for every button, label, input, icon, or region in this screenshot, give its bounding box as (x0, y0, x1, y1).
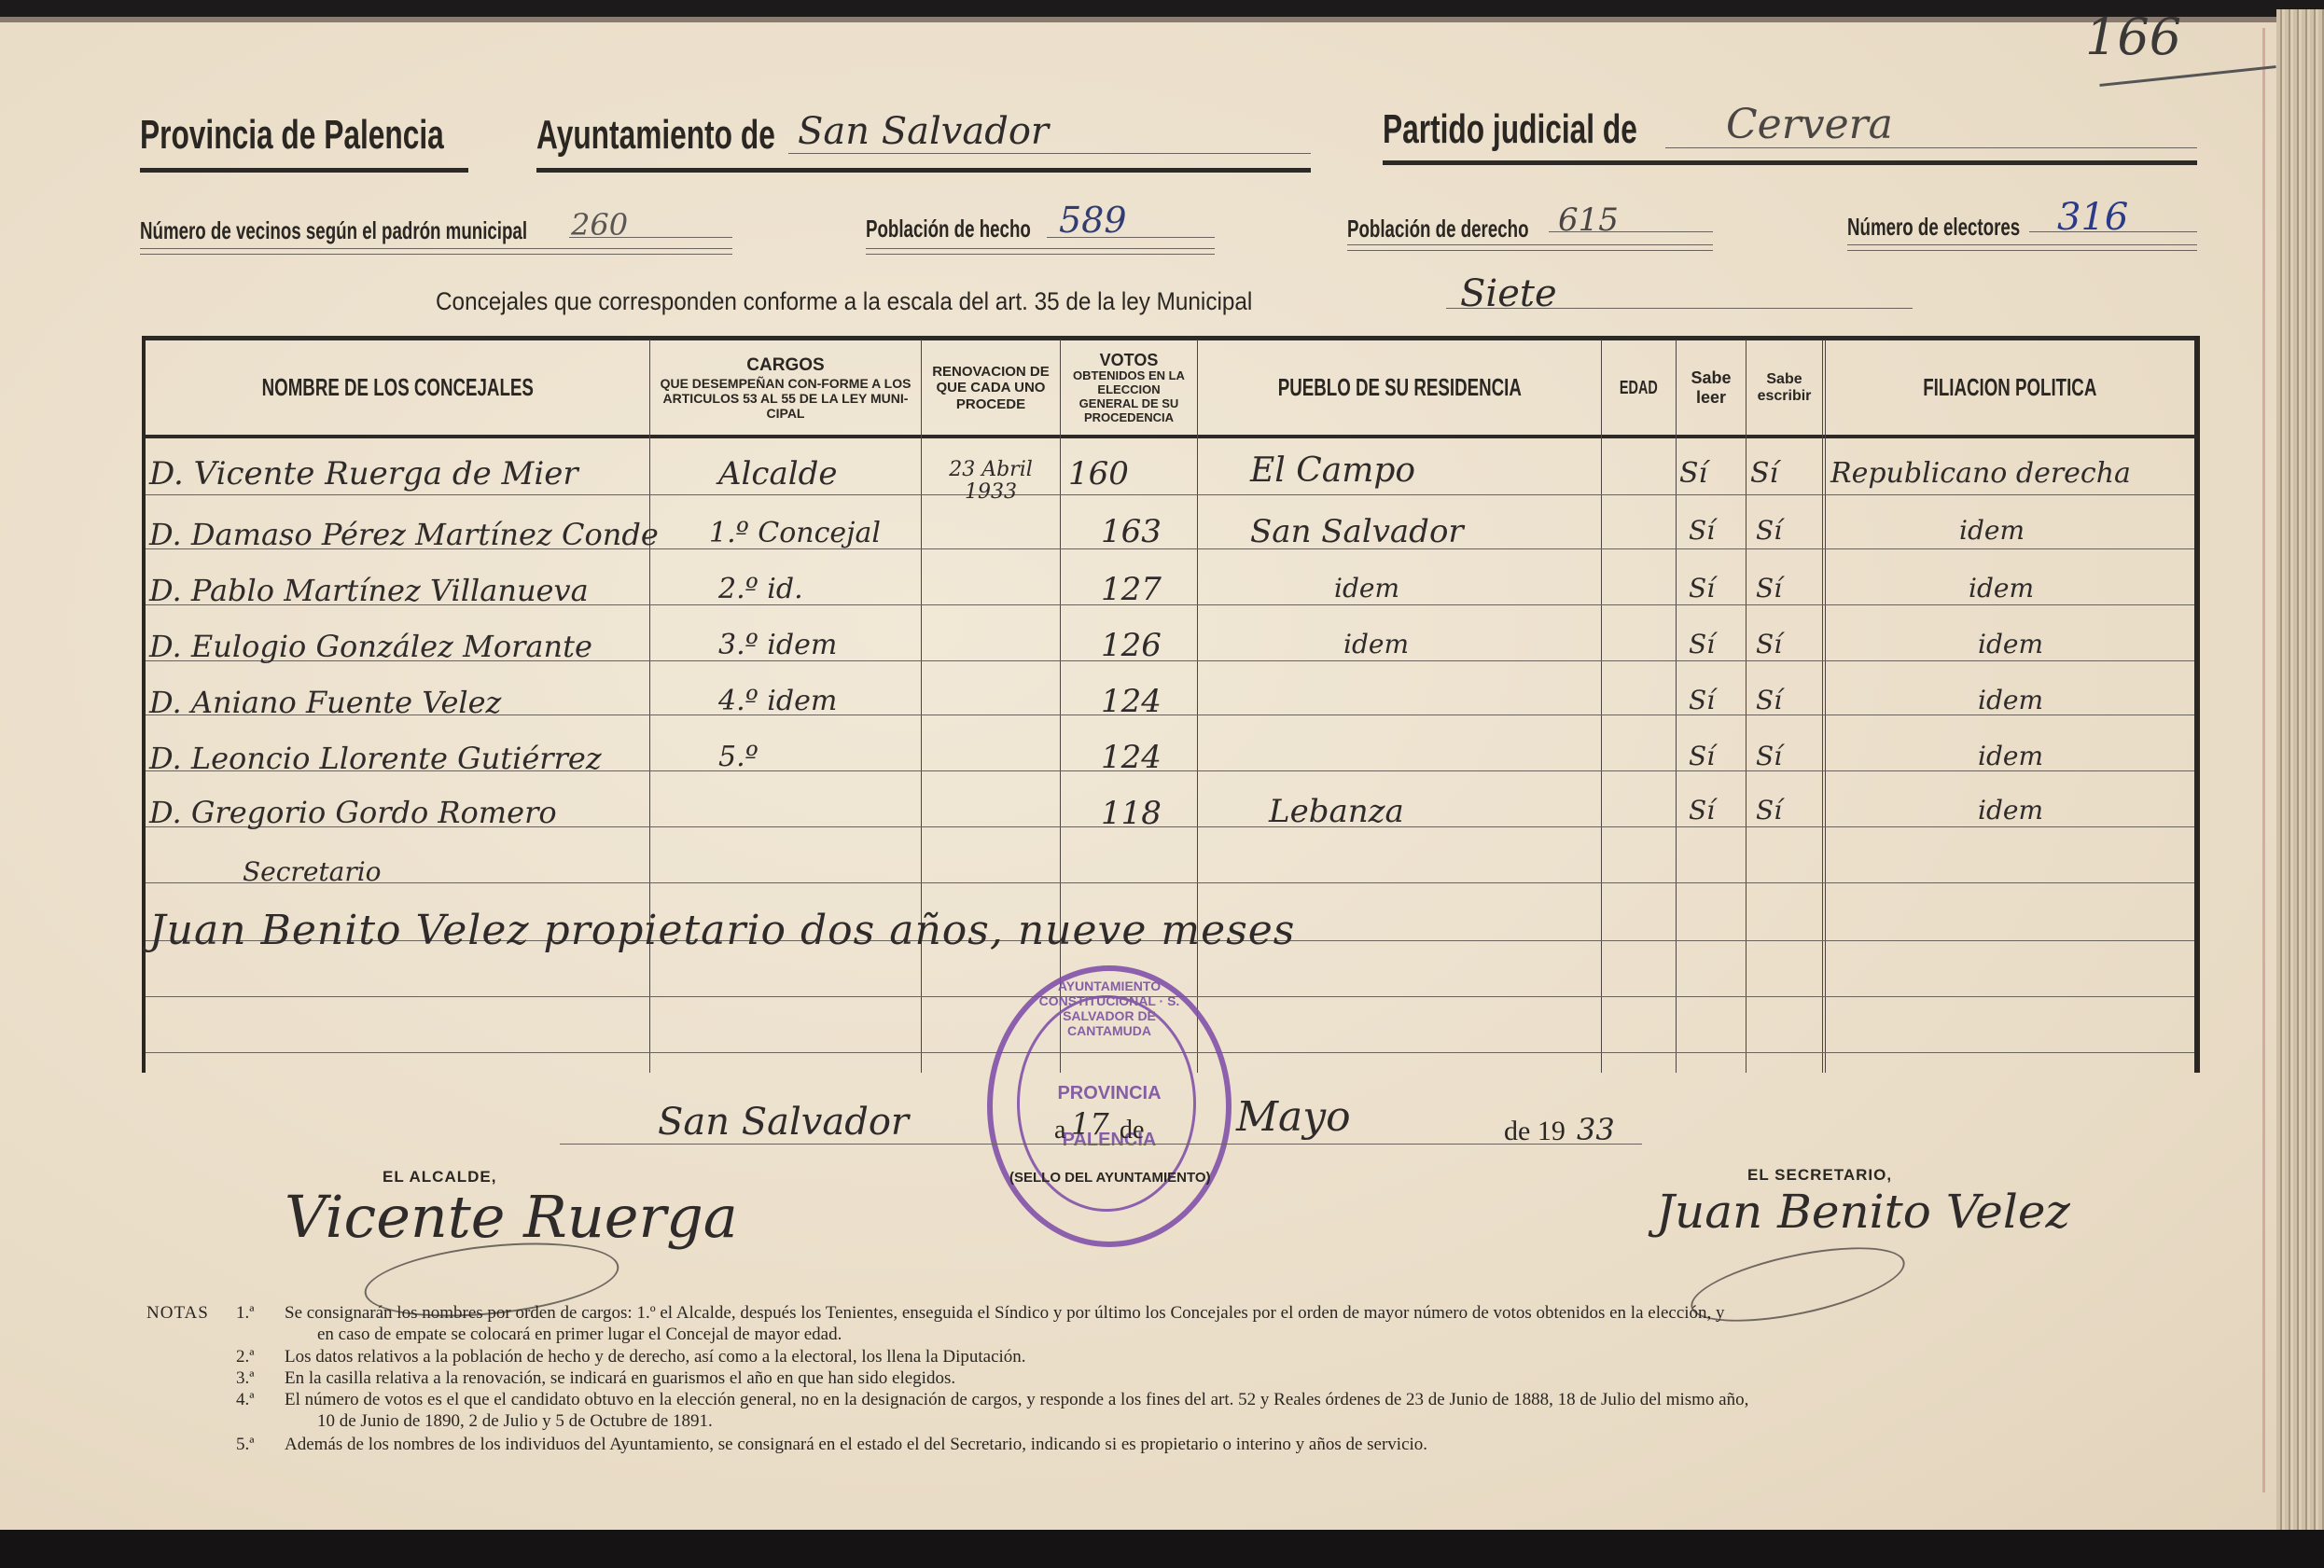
row-6-escribir: Sí (1756, 795, 1782, 826)
hecho-label: Población de hecho (866, 215, 1031, 243)
hecho-fill-line (1047, 237, 1215, 238)
row-1-votos: 163 (1101, 513, 1162, 550)
row-line (146, 494, 2194, 495)
partido-label: Partido judicial de (1383, 106, 1637, 153)
col-line-pueblo (1197, 340, 1198, 1073)
vecinos-rule-2 (140, 254, 732, 255)
row-1-pueblo: San Salvador (1250, 513, 1464, 550)
concejales-value: Siete (1460, 272, 1557, 315)
row-6-pueblo: Lebanza (1269, 793, 1404, 830)
col-line-edad (1601, 340, 1602, 1073)
header-pueblo-text: PUEBLO DE SU RESIDENCIA (1277, 374, 1521, 402)
row-6-leer: Sí (1689, 795, 1715, 826)
date-month: Mayo (1236, 1093, 1351, 1141)
vecinos-label: Número de vecinos según el padrón munici… (140, 216, 527, 245)
row-2-nombre: D. Pablo Martínez Villanueva (149, 573, 589, 608)
row-1-leer: Sí (1689, 515, 1715, 546)
secretario-signature: Juan Benito Velez (1656, 1185, 2070, 1239)
col-line-votos (1060, 340, 1061, 1073)
row-0-escribir: Sí (1750, 457, 1778, 490)
date-day: 17 (1071, 1106, 1109, 1142)
table-top-border (142, 336, 2198, 340)
table-header-bottom-border (142, 435, 2198, 438)
ayuntamiento-label: Ayuntamiento de (536, 112, 775, 159)
header-cargos: CARGOS QUE DESEMPEÑAN CON-FORME A LOS AR… (650, 341, 921, 435)
row-1-cargo: 1.º Concejal (709, 517, 881, 549)
row-5-escribir: Sí (1756, 741, 1782, 771)
row-3-votos: 126 (1101, 627, 1162, 664)
row-2-cargo: 2.º id. (718, 573, 803, 605)
concejales-fill-line (1446, 308, 1913, 309)
seal-center-top: PROVINCIA (1049, 1083, 1170, 1104)
note-3-text: En la casilla relativa a la renovación, … (285, 1368, 955, 1389)
row-1-nombre: D. Damaso Pérez Martínez Conde (149, 517, 659, 552)
row-2-filiacion: idem (1969, 573, 2034, 604)
ayuntamiento-fill-line (788, 153, 1311, 154)
header-leer: Sabe leer (1677, 341, 1746, 435)
row-0-votos: 160 (1068, 455, 1129, 493)
row-2-pueblo: idem (1334, 573, 1399, 604)
row-5-nombre: D. Leoncio Llorente Gutiérrez (149, 741, 602, 776)
row-3-escribir: Sí (1756, 629, 1782, 659)
row-2-escribir: Sí (1756, 573, 1782, 604)
note-2-text: Los datos relativos a la población de he… (285, 1347, 1026, 1367)
row-4-leer: Sí (1689, 685, 1715, 715)
row-6-nombre: D. Gregorio Gordo Romero (149, 795, 557, 830)
header-cargos-title: CARGOS (746, 355, 824, 376)
secretario-row-line: Juan Benito Velez propietario dos años, … (149, 907, 1295, 954)
header-votos: VOTOS OBTENIDOS EN LA ELECCION GENERAL D… (1061, 341, 1197, 435)
row-5-filiacion: idem (1978, 741, 2043, 771)
row-5-votos: 124 (1101, 739, 1162, 776)
note-4-cont: 10 de Junio de 1890, 2 de Julio y 5 de O… (317, 1411, 713, 1432)
secretario-row-label: Secretario (243, 856, 382, 887)
row-2-votos: 127 (1101, 571, 1162, 608)
derecho-rule-1 (1347, 244, 1713, 245)
note-1-cont: en caso de empate se colocará en primer … (317, 1325, 842, 1345)
row-4-filiacion: idem (1978, 685, 2043, 715)
electores-rule-2 (1847, 250, 2197, 251)
header-votos-sub: OBTENIDOS EN LA ELECCION GENERAL DE SU P… (1061, 369, 1197, 425)
page-edge-red-tint (2262, 28, 2265, 1492)
hecho-rule-1 (866, 248, 1215, 249)
derecho-value: 615 (1558, 201, 1619, 239)
table-left-border (142, 336, 146, 1073)
col-line-escribir (1746, 340, 1746, 1073)
row-4-escribir: Sí (1756, 685, 1782, 715)
header-renovacion: RENOVACION DE QUE CADA UNO PROCEDE (922, 341, 1060, 435)
hecho-rule-2 (866, 254, 1215, 255)
row-0-pueblo: El Campo (1250, 451, 1415, 490)
derecho-label: Población de derecho (1347, 215, 1529, 243)
row-4-nombre: D. Aniano Fuente Velez (149, 685, 501, 720)
page-stack-edge (2276, 9, 2324, 1548)
table-right-border (2194, 336, 2200, 1073)
row-0-cargo: Alcalde (718, 455, 838, 493)
row-6-filiacion: idem (1978, 795, 2043, 826)
row-1-escribir: Sí (1756, 515, 1782, 546)
header-filiacion: FILIACION POLITICA (1826, 341, 2194, 435)
date-year-prefix: de 19 (1504, 1116, 1566, 1147)
row-0-renovacion: 23 Abril 1933 (925, 459, 1056, 504)
concejales-label: Concejales que corresponden conforme a l… (436, 287, 1252, 316)
col-line-cargos (649, 340, 650, 1073)
note-4-text: El número de votos es el que el candidat… (285, 1390, 1748, 1410)
row-4-cargo: 4.º idem (718, 685, 837, 717)
row-3-filiacion: idem (1978, 629, 2043, 659)
municipal-seal: AYUNTAMIENTO CONSTITUCIONAL · S. SALVADO… (987, 965, 1232, 1247)
row-5-leer: Sí (1689, 741, 1715, 771)
date-de: de (1120, 1116, 1144, 1145)
seal-caption: (SELLO DEL AYUNTAMIENTO) (1009, 1170, 1211, 1186)
seal-center-bottom: PALENCIA (1049, 1130, 1170, 1151)
note-1-text: Se consignarán los nombres por orden de … (285, 1303, 1725, 1324)
header-nombre-text: NOMBRE DE LOS CONCEJALES (261, 374, 533, 402)
partido-fill-line (1665, 147, 2197, 148)
header-cargos-sub: QUE DESEMPEÑAN CON-FORME A LOS ARTICULOS… (650, 376, 921, 421)
header-pueblo: PUEBLO DE SU RESIDENCIA (1198, 341, 1601, 435)
col-line-leer (1676, 340, 1677, 1073)
note-4-num: 4.ª (236, 1390, 255, 1410)
hecho-value: 589 (1059, 200, 1127, 241)
row-2-leer: Sí (1689, 573, 1715, 604)
electores-label: Número de electores (1847, 213, 2020, 242)
vecinos-rule-1 (140, 248, 732, 249)
row-3-leer: Sí (1689, 629, 1715, 659)
note-5-text: Además de los nombres de los individuos … (285, 1435, 1427, 1455)
electores-rule-1 (1847, 244, 2197, 245)
row-6-votos: 118 (1101, 795, 1162, 832)
header-nombre: NOMBRE DE LOS CONCEJALES (146, 341, 649, 435)
row-0-filiacion: Republicano derecha (1830, 457, 2131, 490)
row-line (146, 882, 2194, 883)
row-0-nombre: D. Vicente Ruerga de Mier (149, 455, 578, 493)
header-edad: EDAD (1602, 341, 1676, 435)
partido-underline (1383, 160, 2197, 165)
alcalde-signature: Vicente Ruerga (285, 1183, 738, 1251)
page-number: 166 (2085, 7, 2181, 66)
row-1-filiacion: idem (1959, 515, 2025, 546)
seal-ring-text: AYUNTAMIENTO CONSTITUCIONAL · S. SALVADO… (1030, 978, 1189, 1038)
col-line-filiacion-double (1825, 340, 1826, 1073)
row-4-votos: 124 (1101, 683, 1162, 720)
ayuntamiento-underline (536, 168, 1311, 173)
derecho-fill-line (1549, 231, 1713, 232)
row-3-nombre: D. Eulogio González Morante (149, 629, 592, 664)
row-0-leer: Sí (1679, 457, 1707, 490)
col-line-filiacion (1822, 340, 1823, 1073)
note-1-num: 1.ª (236, 1303, 255, 1324)
row-3-cargo: 3.º idem (718, 629, 837, 661)
note-5-num: 5.ª (236, 1435, 255, 1455)
row-3-pueblo: idem (1343, 629, 1409, 659)
col-line-renovacion (921, 340, 922, 1073)
provincia-label: Provincia de Palencia (140, 112, 444, 159)
vecinos-fill-line (569, 237, 732, 238)
partido-value: Cervera (1726, 101, 1893, 148)
header-filiacion-text: FILIACION POLITICA (1923, 374, 2096, 402)
row-5-cargo: 5.º (718, 741, 758, 773)
date-fill-line (560, 1144, 1642, 1145)
notes-label: NOTAS (146, 1303, 209, 1324)
date-place: San Salvador (658, 1101, 909, 1144)
header-edad-text: EDAD (1620, 378, 1658, 399)
secretario-label: EL SECRETARIO, (1747, 1166, 1892, 1185)
date-a: a (1054, 1116, 1065, 1145)
date-year-suffix: 33 (1577, 1112, 1615, 1147)
header-escribir: Sabe escribir (1746, 341, 1822, 435)
note-2-num: 2.ª (236, 1347, 255, 1367)
scan-background (0, 1530, 2324, 1568)
ayuntamiento-value: San Salvador (798, 110, 1049, 153)
electores-value: 316 (2057, 196, 2128, 239)
derecho-rule-2 (1347, 250, 1713, 251)
header-votos-title: VOTOS (1100, 351, 1159, 370)
note-3-num: 3.ª (236, 1368, 255, 1389)
electores-fill-line (2029, 231, 2197, 232)
provincia-underline (140, 168, 468, 173)
